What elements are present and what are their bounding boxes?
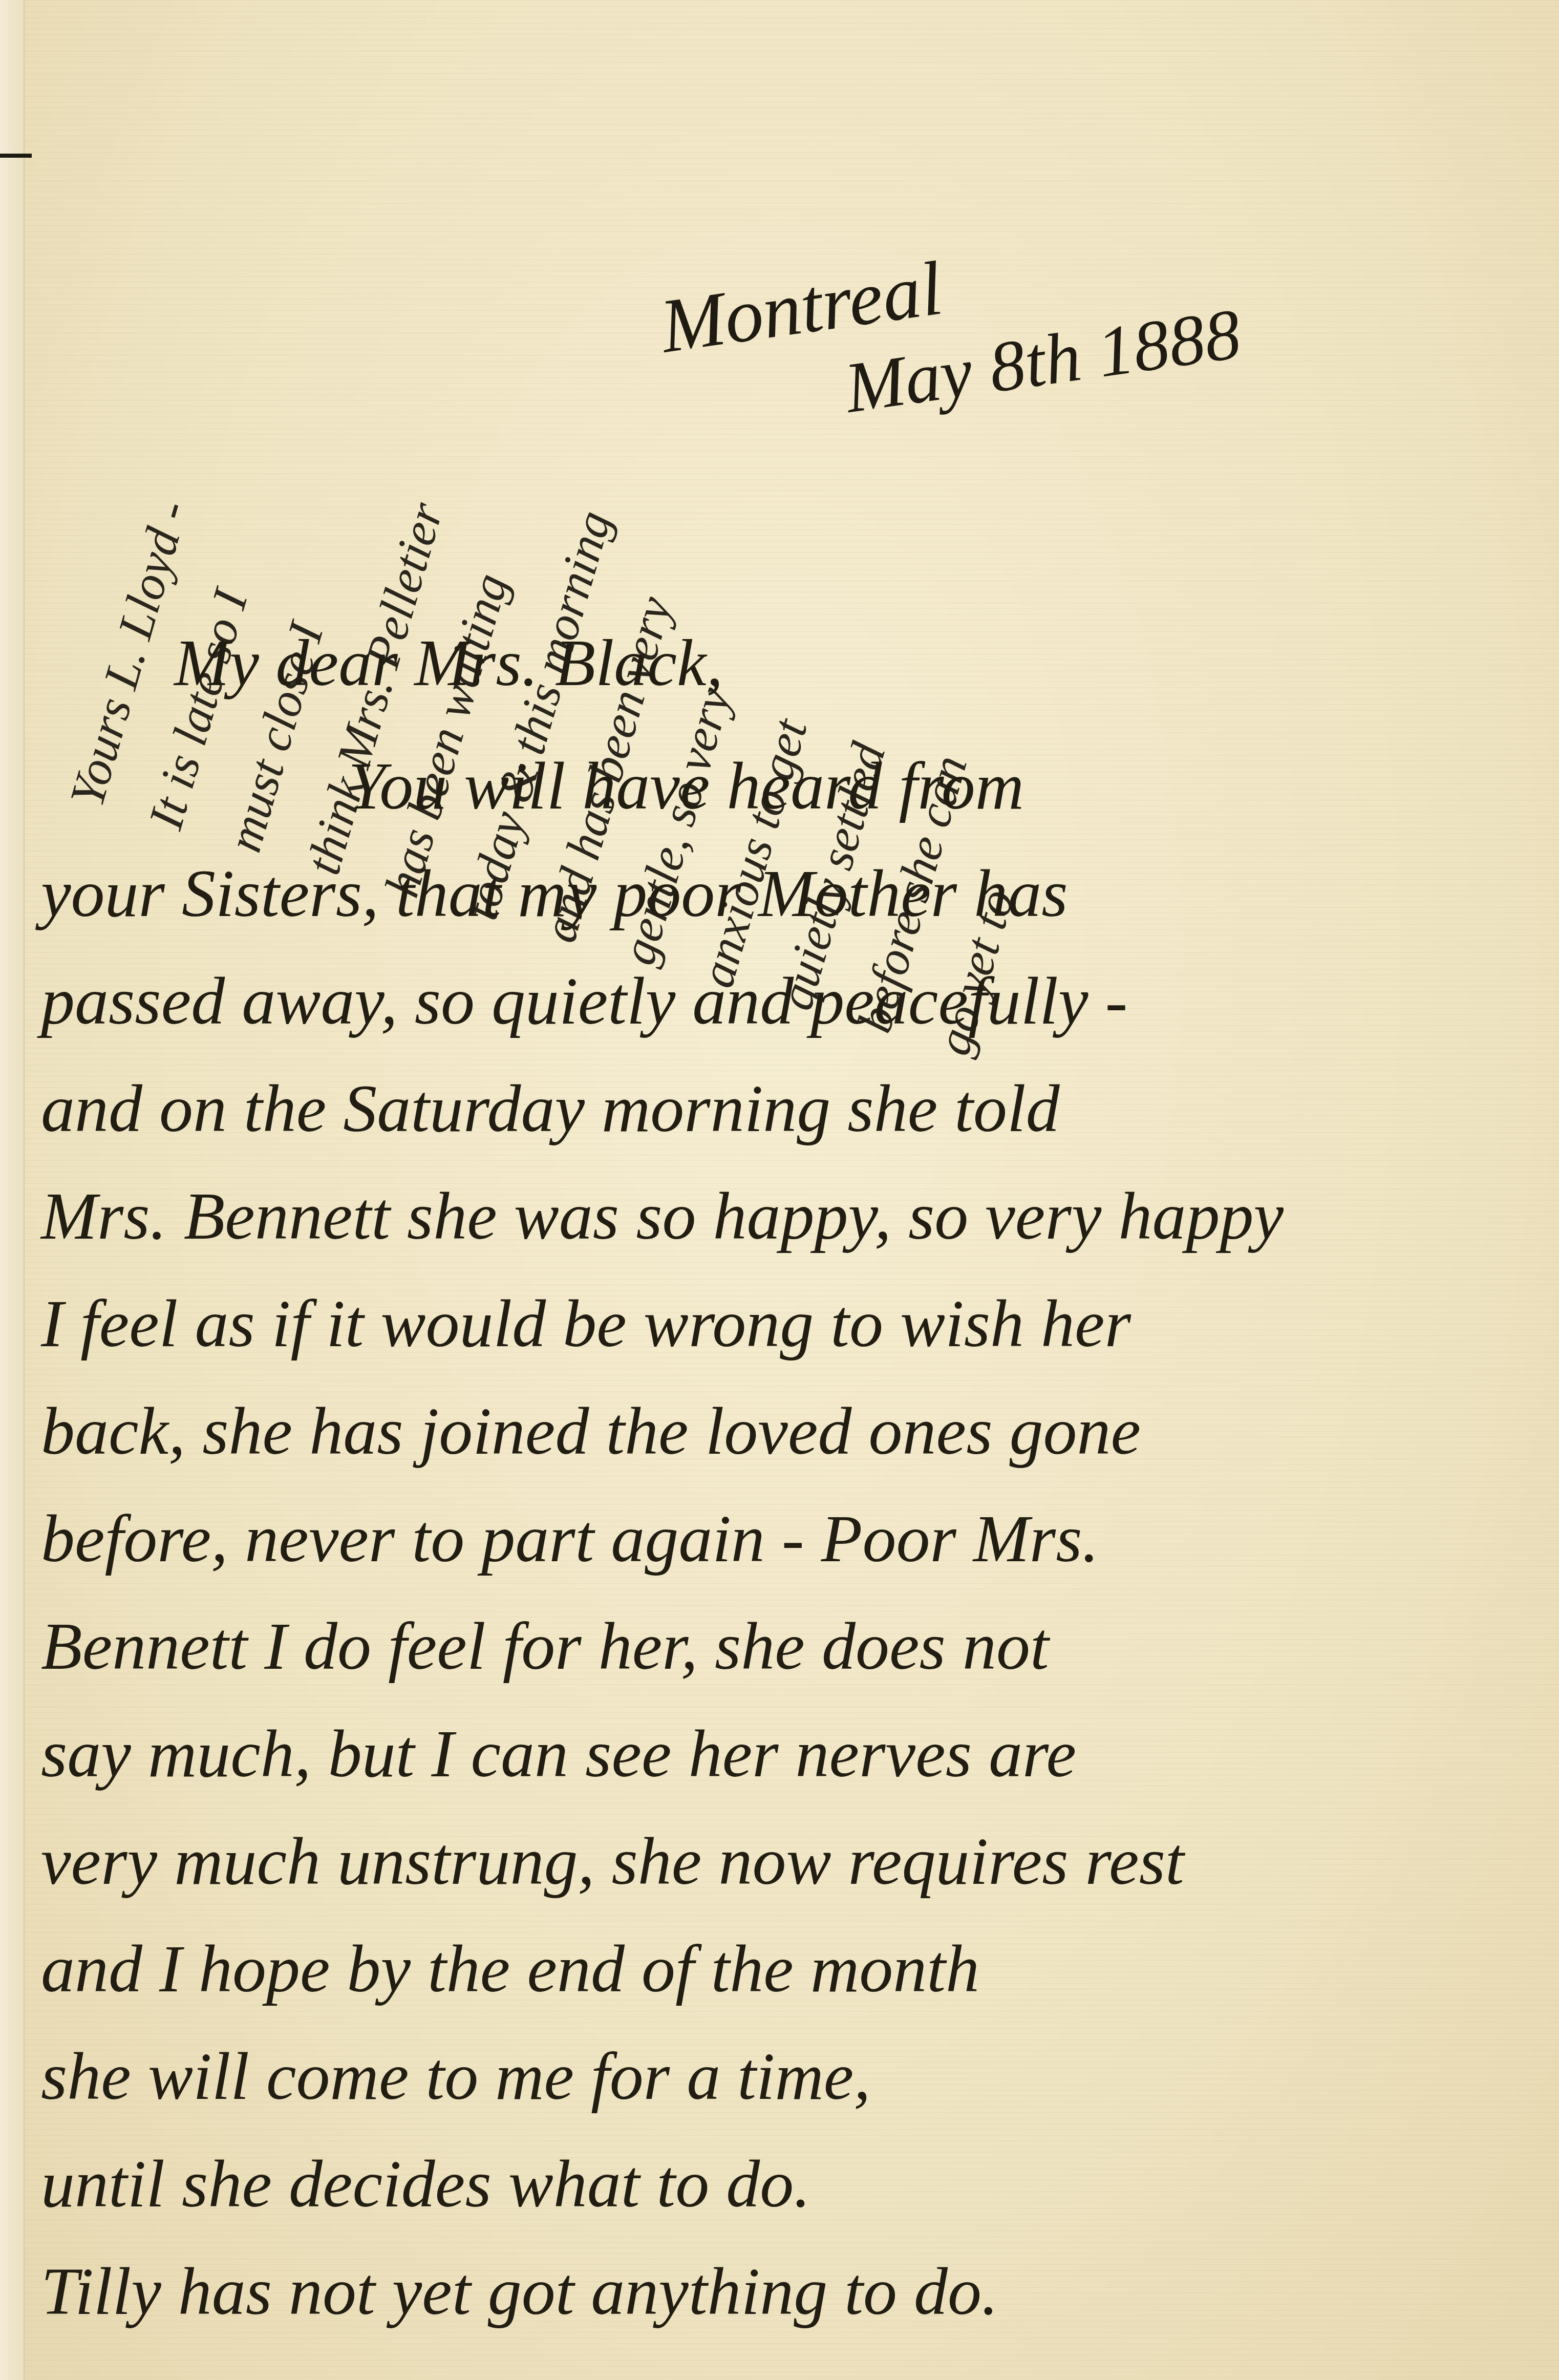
letter-header: Montreal May 8th 1888 — [635, 204, 1246, 459]
letter-salutation: My dear Mrs. Black, — [174, 625, 723, 702]
body-line: Bennett I do feel for her, she does not — [41, 1592, 1536, 1700]
body-line: and on the Saturday morning she told — [41, 1055, 1536, 1162]
letter-page: ​ Yours L. Lloyd - It is late so I must … — [0, 0, 1559, 2380]
body-line: until she decides what to do. — [41, 2130, 1536, 2238]
bleed-through-text: ​ — [1223, 178, 1286, 195]
body-line: and I hope by the end of the month — [41, 1915, 1536, 2023]
letter-body: You will have heard from your Sisters, t… — [41, 732, 1536, 2345]
body-line: back, she has joined the loved ones gone — [41, 1377, 1536, 1485]
body-line: passed away, so quietly and peacefully - — [41, 947, 1536, 1055]
body-line: very much unstrung, she now requires res… — [41, 1808, 1536, 1915]
body-line: I feel as if it would be wrong to wish h… — [41, 1270, 1536, 1377]
body-line: Tilly has not yet got anything to do. — [41, 2238, 1536, 2345]
body-line: Mrs. Bennett she was so happy, so very h… — [41, 1162, 1536, 1270]
body-line: your Sisters, that my poor Mother has — [41, 840, 1536, 947]
margin-tick-mark — [0, 154, 32, 158]
body-line: she will come to me for a time, — [41, 2023, 1536, 2130]
body-line: You will have heard from — [41, 732, 1536, 840]
page-fold-edge — [0, 0, 25, 2380]
body-line: before, never to part again - Poor Mrs. — [41, 1485, 1536, 1592]
body-line: say much, but I can see her nerves are — [41, 1700, 1536, 1808]
